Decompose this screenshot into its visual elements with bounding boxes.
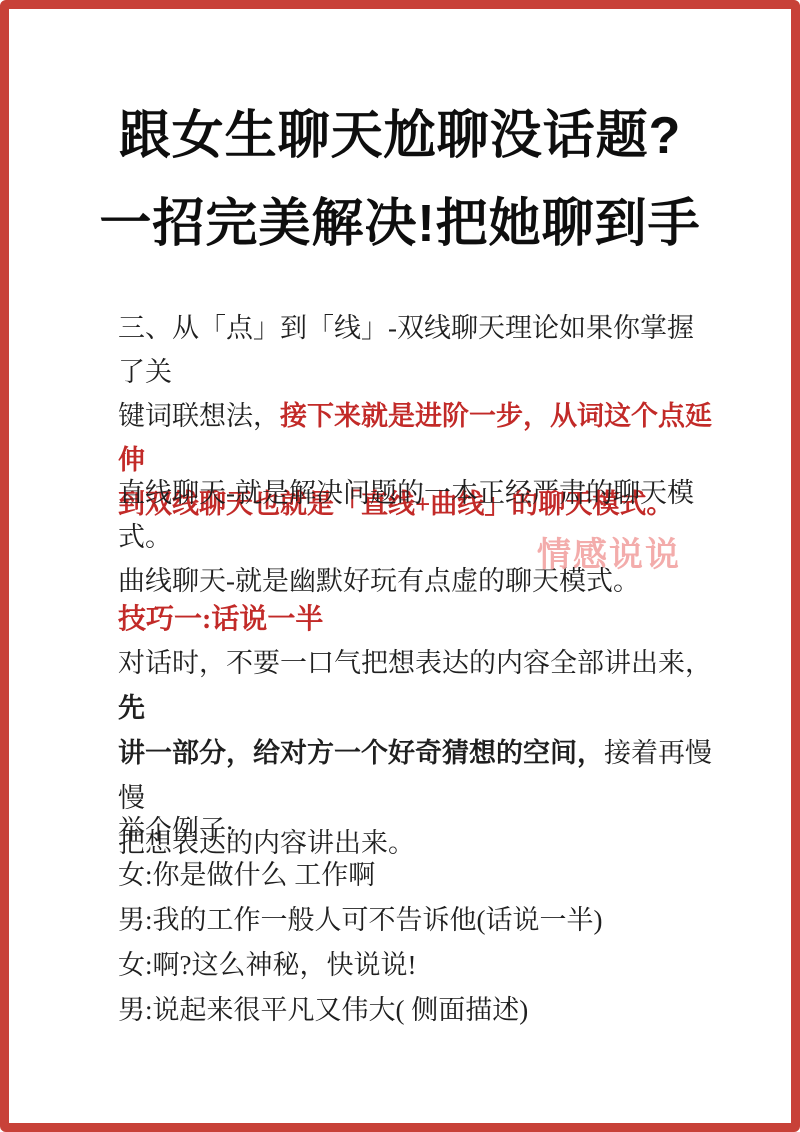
- dialogue-line: 女:你是做什么 工作啊: [118, 860, 375, 890]
- technique-line-2-bold: 讲一部分，给对方一个好奇猜想的空间，: [118, 738, 604, 768]
- dialogue-line: 女:啊?这么神秘，快说说!: [118, 950, 416, 980]
- technique-line-1-bold: 先: [118, 693, 145, 723]
- intro-line-1: 三、从「点」到「线」-双线聊天理论如果你掌握了关: [118, 313, 694, 387]
- technique-heading: 技巧一:话说一半: [118, 600, 323, 640]
- page-title: 跟女生聊天尬聊没话题? 一招完美解决!把她聊到手: [0, 92, 800, 268]
- intro-line-2-black: 键词联想法，: [118, 401, 280, 431]
- watermark-text: 情感说说: [537, 538, 681, 572]
- dialogue-line: 男:说起来很平凡又伟大( 侧面描述): [118, 995, 528, 1025]
- title-line-1: 跟女生聊天尬聊没话题?: [0, 92, 800, 180]
- dialogue-line: 男:我的工作一般人可不告诉他(话说一半): [118, 905, 602, 935]
- title-line-2: 一招完美解决!把她聊到手: [0, 180, 800, 268]
- technique-line-1-regular: 对话时，不要一口气把想表达的内容全部讲出来，: [118, 648, 712, 678]
- poster-page: 跟女生聊天尬聊没话题? 一招完美解决!把她聊到手 三、从「点」到「线」-双线聊天…: [0, 0, 800, 1132]
- example-heading: 举个例子:: [118, 815, 234, 845]
- example-section: 举个例子: 女:你是做什么 工作啊 男:我的工作一般人可不告诉他(话说一半) 女…: [118, 808, 738, 1033]
